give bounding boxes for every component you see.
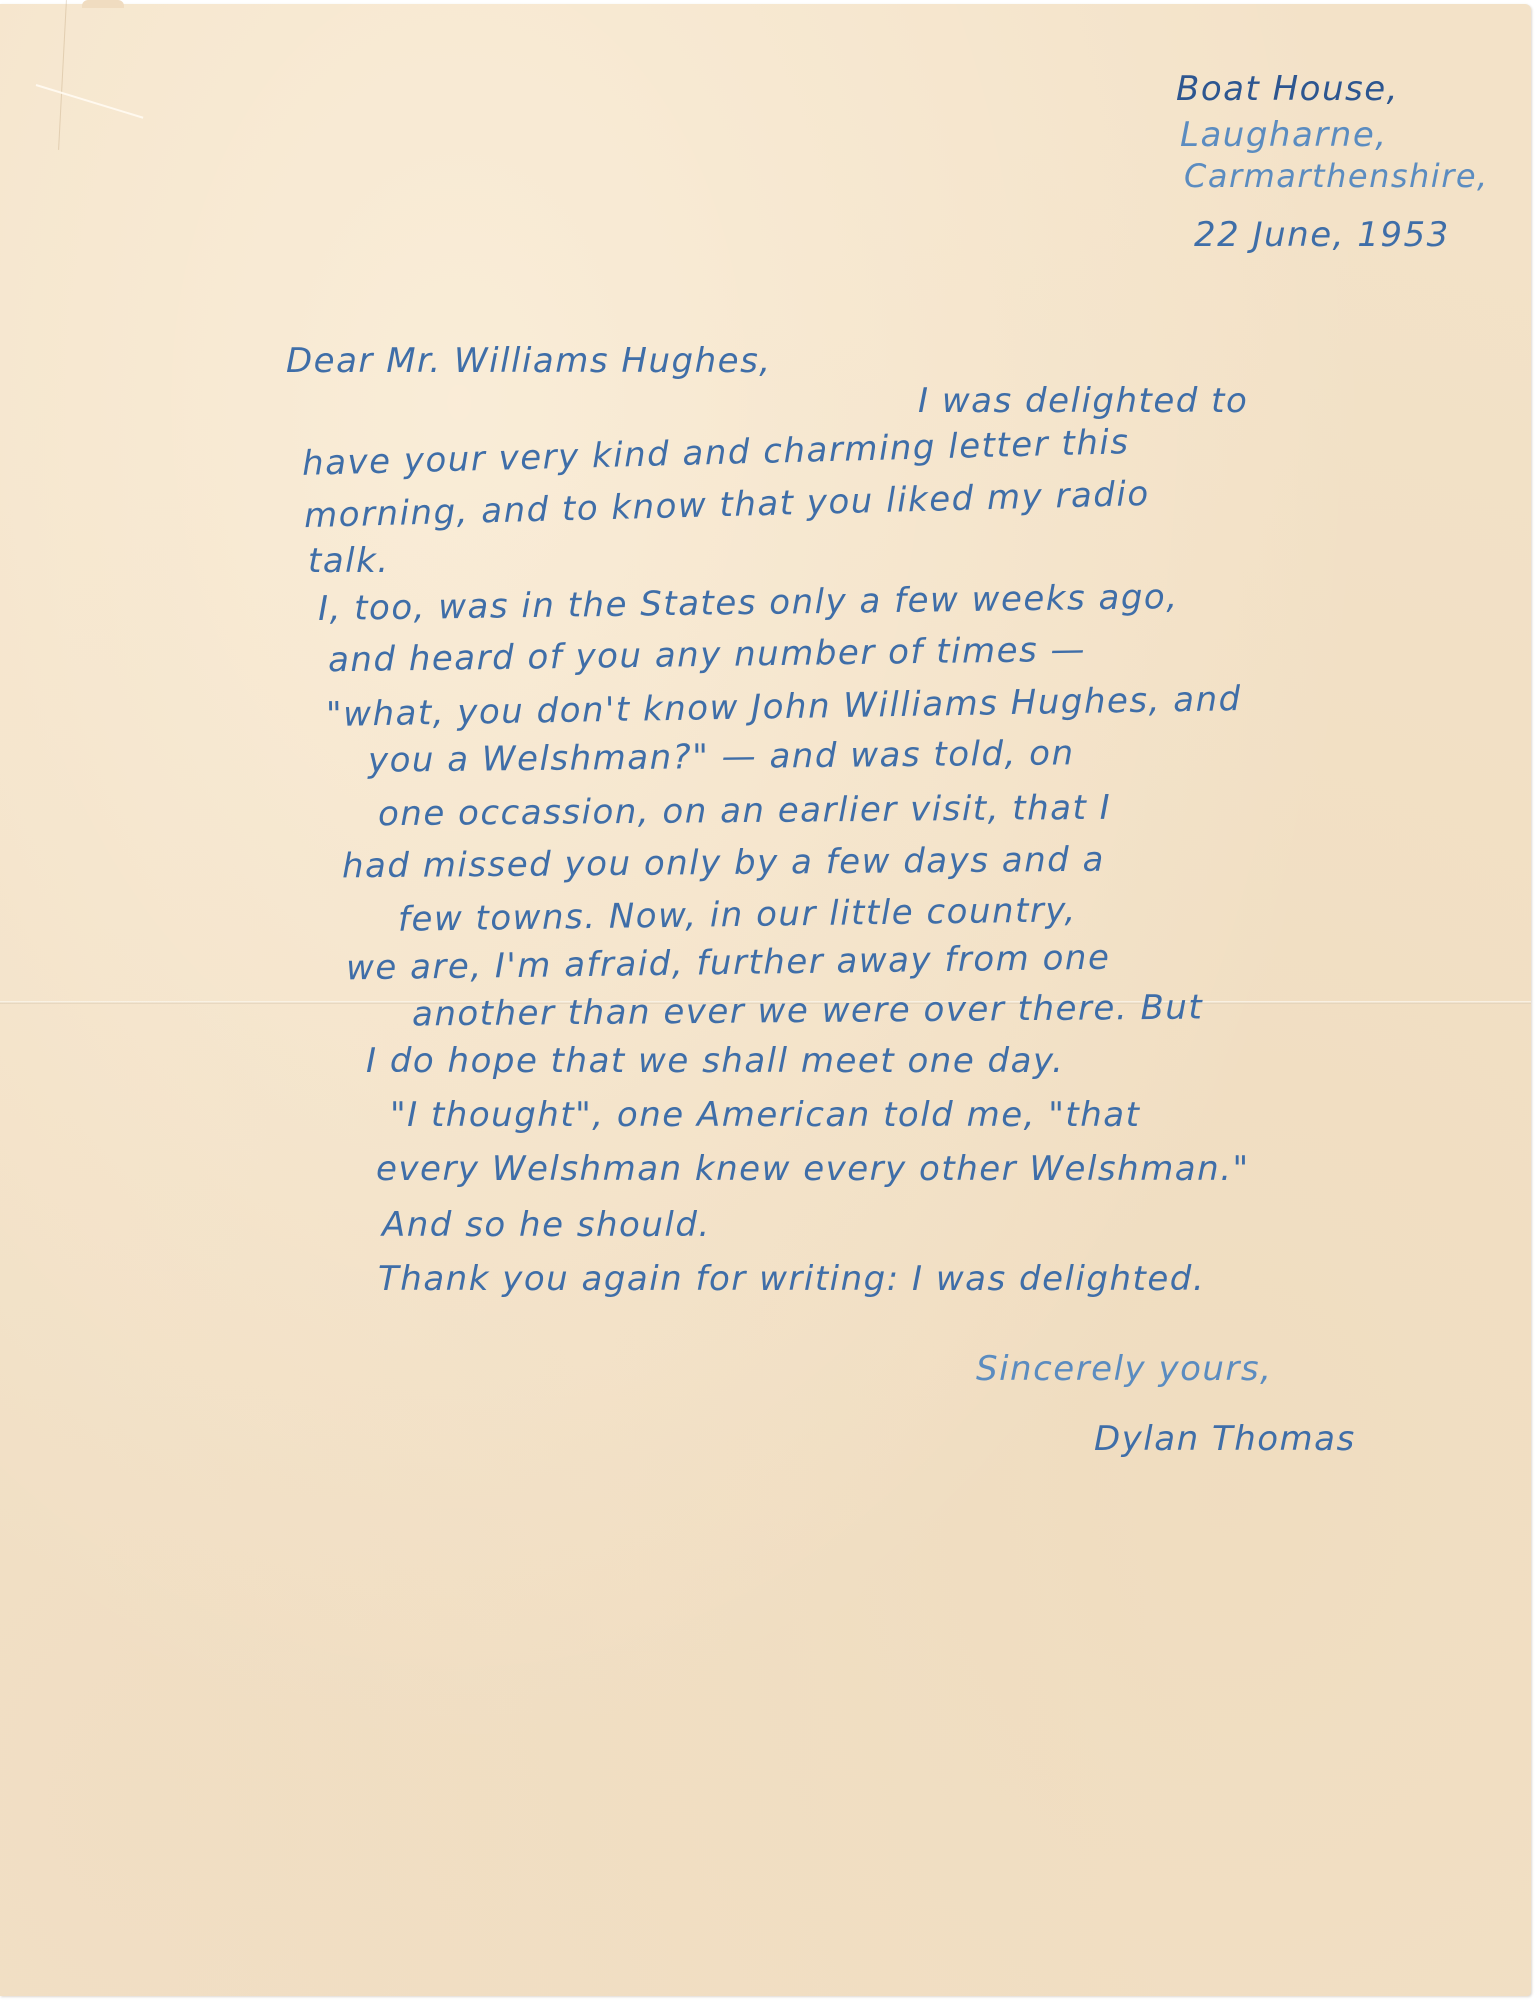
body-line: And so he should. bbox=[382, 1208, 711, 1242]
body-line: "I thought", one American told me, "that bbox=[390, 1098, 1140, 1132]
body-line: few towns. Now, in our little country, bbox=[398, 893, 1077, 936]
body-line: had missed you only by a few days and a bbox=[342, 843, 1105, 884]
signature: Dylan Thomas bbox=[1094, 1422, 1356, 1456]
body-line: Thank you again for writing: I was delig… bbox=[378, 1262, 1205, 1296]
body-line: I was delighted to bbox=[918, 384, 1248, 418]
body-line: we are, I'm afraid, further away from on… bbox=[346, 941, 1111, 986]
letter-date: 22 June, 1953 bbox=[1194, 218, 1450, 252]
body-line: you a Welshman?" — and was told, on bbox=[368, 736, 1075, 777]
body-line: one occassion, on an earlier visit, that… bbox=[378, 791, 1111, 831]
body-line: and heard of you any number of times — bbox=[328, 633, 1086, 678]
body-line: I do hope that we shall meet one day. bbox=[366, 1044, 1064, 1078]
address-line-1: Boat House, bbox=[1176, 72, 1399, 106]
address-line-3: Carmarthenshire, bbox=[1184, 160, 1489, 192]
closing: Sincerely yours, bbox=[976, 1352, 1272, 1386]
address-line-2: Laugharne, bbox=[1180, 118, 1388, 152]
body-line: another than ever we were over there. Bu… bbox=[412, 991, 1203, 1032]
paper-notch bbox=[82, 0, 124, 8]
body-line: talk. bbox=[308, 544, 390, 578]
body-line: every Welshman knew every other Welshman… bbox=[376, 1152, 1250, 1186]
salutation: Dear Mr. Williams Hughes, bbox=[286, 344, 772, 378]
